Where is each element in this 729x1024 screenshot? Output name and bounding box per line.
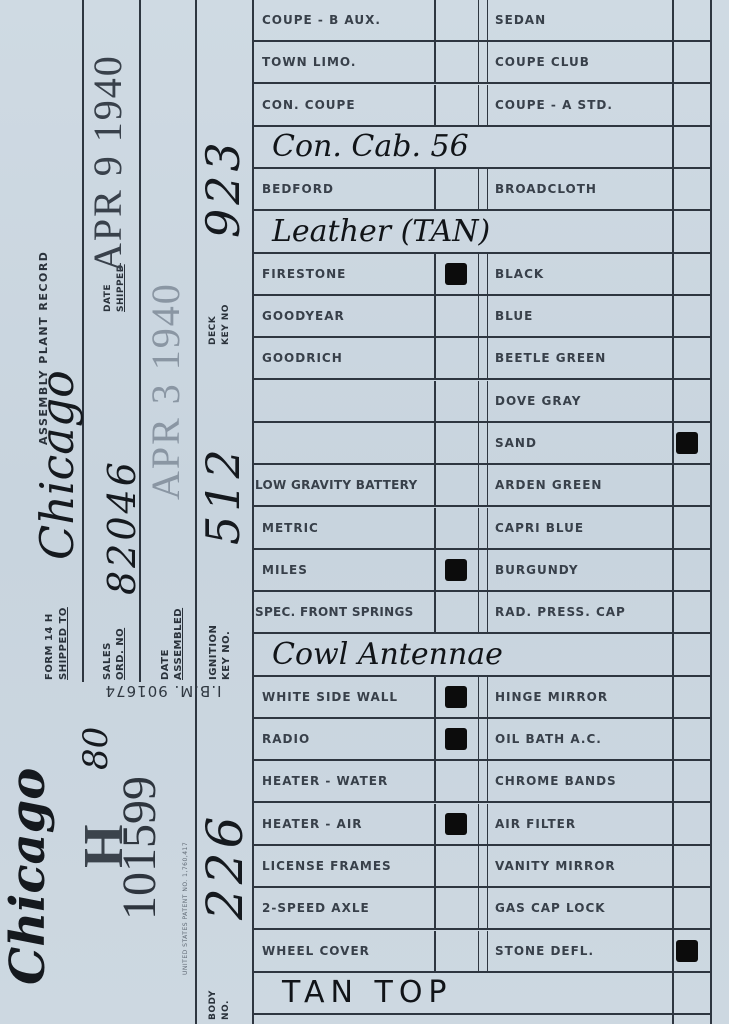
option-checkbox-right[interactable] (674, 42, 710, 82)
check-mark-icon (676, 432, 698, 454)
option-label-left: GOODYEAR (262, 296, 345, 336)
option-label-right: HINGE MIRROR (495, 677, 608, 717)
option-label-right: BROADCLOTH (495, 169, 597, 209)
option-label-right: DOVE GRAY (495, 381, 581, 421)
cell-divider (478, 804, 479, 846)
option-row: 2-SPEED AXLEGAS CAP LOCK (252, 888, 712, 930)
cell-divider (478, 888, 479, 930)
option-row: METRICCAPRI BLUE (252, 508, 712, 550)
shipped-to-value: Chicago (30, 370, 84, 560)
option-checkbox-left[interactable] (436, 381, 478, 421)
option-label-left: HEATER - WATER (262, 761, 388, 801)
date-assembled-label-1: DATE (160, 649, 171, 680)
cell-divider (478, 550, 479, 592)
body-no-label-1: BODY (208, 990, 219, 1020)
option-checkbox-left[interactable] (436, 296, 478, 336)
handwritten-row: Con. Cab. 56 (252, 127, 712, 169)
option-label-right: CHROME BANDS (495, 761, 617, 801)
option-checkbox-right[interactable] (674, 804, 710, 844)
option-label-left: MILES (262, 550, 308, 590)
cell-divider (478, 296, 479, 338)
cell-divider (487, 888, 488, 930)
option-checkbox-left[interactable] (436, 42, 478, 82)
option-label-right: CAPRI BLUE (495, 508, 584, 548)
cell-divider (478, 761, 479, 803)
option-row: SAND (252, 423, 712, 465)
option-checkbox-right[interactable] (674, 761, 710, 801)
sales-ord-label-2: ORD. NO (115, 628, 126, 680)
cell-divider (478, 423, 479, 465)
option-checkbox-right[interactable] (674, 169, 710, 209)
option-row: GOODRICHBEETLE GREEN (252, 338, 712, 380)
option-checkbox-right[interactable] (674, 846, 710, 886)
option-row: CON. COUPECOUPE - A STD. (252, 85, 712, 127)
option-checkbox-left[interactable] (436, 846, 478, 886)
option-checkbox-left[interactable] (436, 85, 478, 125)
cell-divider (487, 550, 488, 592)
cell-divider (487, 338, 488, 380)
check-mark-icon (445, 686, 467, 708)
cell-divider (478, 85, 479, 127)
option-checkbox-right[interactable] (674, 719, 710, 759)
ignition-key-value: 512 (196, 445, 250, 545)
option-checkbox-left[interactable] (436, 423, 478, 463)
option-label-left: HEATER - AIR (262, 804, 363, 844)
option-row: LOW GRAVITY BATTERYARDEN GREEN (252, 465, 712, 507)
check-mark-icon (445, 263, 467, 285)
option-label-right: BURGUNDY (495, 550, 579, 590)
cell-divider (487, 592, 488, 634)
cell-divider (478, 592, 479, 634)
option-row: HEATER - WATERCHROME BANDS (252, 761, 712, 803)
ignition-key-label-2: KEY NO. (221, 631, 232, 680)
option-label-right: SEDAN (495, 0, 546, 40)
option-label-right: BLUE (495, 296, 533, 336)
option-checkbox-right[interactable] (674, 592, 710, 632)
option-label-right: OIL BATH A.C. (495, 719, 602, 759)
serial-prefix: H (72, 824, 136, 868)
option-label-right: COUPE - A STD. (495, 85, 613, 125)
option-label-left: LOW GRAVITY BATTERY (255, 465, 418, 505)
options-grid: COUPE - B AUX.SEDANTOWN LIMO.COUPE CLUBC… (252, 0, 712, 1024)
handwritten-entry: Cowl Antennae (272, 635, 503, 675)
cell-divider (487, 254, 488, 296)
cell-divider (487, 381, 488, 423)
cell-divider (487, 931, 488, 973)
option-label-right: VANITY MIRROR (495, 846, 616, 886)
sales-ord-value: 82046 (100, 459, 144, 595)
handwritten-entry: Con. Cab. 56 (272, 127, 469, 167)
option-checkbox-left[interactable] (436, 592, 478, 632)
cell-divider (487, 508, 488, 550)
option-row: MILESBURGUNDY (252, 550, 712, 592)
option-label-left: LICENSE FRAMES (262, 846, 392, 886)
option-checkbox-right[interactable] (674, 381, 710, 421)
cell-divider (487, 169, 488, 211)
option-checkbox-left[interactable] (436, 338, 478, 378)
option-row: RADIOOIL BATH A.C. (252, 719, 712, 761)
patent-text: UNITED STATES PATENT NO. 1,760,417 (182, 842, 189, 975)
option-row: TOWN LIMO.COUPE CLUB (252, 42, 712, 84)
check-mark-icon (445, 559, 467, 581)
handwritten-row: TAN TOP (252, 973, 712, 1015)
option-checkbox-left[interactable] (436, 888, 478, 928)
cell-divider (478, 465, 479, 507)
option-label-right: RAD. PRESS. CAP (495, 592, 626, 632)
option-label-right: BLACK (495, 254, 544, 294)
option-checkbox-right[interactable] (674, 508, 710, 548)
ignition-key-label-1: IGNITION (208, 625, 219, 680)
option-label-left: BEDFORD (262, 169, 334, 209)
option-checkbox-left[interactable] (436, 761, 478, 801)
option-row: WHEEL COVERSTONE DEFL. (252, 931, 712, 973)
sales-ord-label-1: SALES (102, 642, 113, 680)
option-label-right: ARDEN GREEN (495, 465, 602, 505)
cell-divider (487, 423, 488, 465)
cell-divider (487, 465, 488, 507)
check-mark-icon (445, 728, 467, 750)
option-checkbox-right[interactable] (674, 465, 710, 505)
cell-divider (478, 169, 479, 211)
option-label-right: GAS CAP LOCK (495, 888, 606, 928)
option-checkbox-right[interactable] (674, 296, 710, 336)
option-label-left: GOODRICH (262, 338, 343, 378)
date-shipped-value: APR 9 1940 (84, 54, 131, 272)
option-row: HEATER - AIRAIR FILTER (252, 804, 712, 846)
option-label-left: FIRESTONE (262, 254, 346, 294)
option-checkbox-left[interactable] (436, 508, 478, 548)
cell-divider (478, 254, 479, 296)
option-label-right: BEETLE GREEN (495, 338, 606, 378)
cell-divider (478, 508, 479, 550)
date-assembled-label-2: ASSEMBLED (173, 608, 184, 680)
serial-suffix: 80 (76, 727, 116, 770)
option-label-left: METRIC (262, 508, 319, 548)
body-no-value: 226 (196, 813, 254, 920)
cell-divider (487, 804, 488, 846)
check-mark-icon (445, 813, 467, 835)
cell-divider (487, 846, 488, 888)
deck-key-label-1: DECK (208, 316, 219, 345)
option-label-left: 2-SPEED AXLE (262, 888, 370, 928)
cell-divider (487, 719, 488, 761)
deck-key-label-2: KEY NO (221, 304, 232, 345)
handwritten-entry: Leather (TAN) (272, 212, 490, 252)
cell-divider (478, 677, 479, 719)
option-label-right: COUPE CLUB (495, 42, 590, 82)
cell-divider (478, 42, 479, 84)
option-row: BEDFORDBROADCLOTH (252, 169, 712, 211)
option-label-left: CON. COUPE (262, 85, 356, 125)
option-label-left: RADIO (262, 719, 310, 759)
option-row: SPEC. FRONT SPRINGSRAD. PRESS. CAP (252, 592, 712, 634)
form-label: FORM 14 H (44, 613, 55, 680)
option-checkbox-right[interactable] (674, 85, 710, 125)
ibm-number: I.B.M. 901674 (88, 682, 238, 700)
option-checkbox-right[interactable] (674, 0, 710, 40)
shipped-to-label: SHIPPED TO (58, 607, 69, 680)
option-checkbox-left[interactable] (436, 465, 478, 505)
cell-divider (487, 42, 488, 84)
option-checkbox-right[interactable] (674, 338, 710, 378)
option-checkbox-right[interactable] (674, 677, 710, 717)
cell-divider (487, 296, 488, 338)
cell-divider (487, 0, 488, 42)
option-row: DOVE GRAY (252, 381, 712, 423)
handwritten-row: Leather (TAN) (252, 212, 712, 254)
deck-key-value: 923 (196, 138, 250, 238)
cell-divider (478, 381, 479, 423)
cell-divider (487, 677, 488, 719)
plant-handwritten: Chicago (0, 768, 56, 985)
cell-divider (478, 931, 479, 973)
handwritten-entry: TAN TOP (282, 973, 453, 1013)
option-checkbox-right[interactable] (674, 254, 710, 294)
option-checkbox-left[interactable] (436, 931, 478, 971)
assembly-plant-record-card: ASSEMBLY PLANT RECORD FORM 14 H SHIPPED … (0, 0, 729, 1024)
option-row: COUPE - B AUX.SEDAN (252, 0, 712, 42)
date-assembled-value: APR 3 1940 (142, 282, 189, 500)
option-row: LICENSE FRAMESVANITY MIRROR (252, 846, 712, 888)
option-label-left: COUPE - B AUX. (262, 0, 381, 40)
handwritten-row: Cowl Antennae (252, 635, 712, 677)
cell-divider (478, 719, 479, 761)
option-label-left: WHEEL COVER (262, 931, 370, 971)
cell-divider (478, 0, 479, 42)
cell-divider (478, 338, 479, 380)
option-row: FIRESTONEBLACK (252, 254, 712, 296)
option-checkbox-right[interactable] (674, 888, 710, 928)
option-checkbox-left[interactable] (436, 0, 478, 40)
cell-divider (487, 761, 488, 803)
option-row: GOODYEARBLUE (252, 296, 712, 338)
option-label-left: SPEC. FRONT SPRINGS (255, 592, 414, 632)
date-shipped-label-1: DATE (103, 284, 114, 312)
option-label-right: AIR FILTER (495, 804, 576, 844)
option-checkbox-left[interactable] (436, 169, 478, 209)
option-checkbox-right[interactable] (674, 550, 710, 590)
option-label-right: SAND (495, 423, 537, 463)
body-no-label-2: NO. (221, 1000, 232, 1020)
check-mark-icon (676, 940, 698, 962)
option-row: WHITE SIDE WALLHINGE MIRROR (252, 677, 712, 719)
cell-divider (487, 85, 488, 127)
option-label-left: WHITE SIDE WALL (262, 677, 398, 717)
option-label-left: TOWN LIMO. (262, 42, 356, 82)
option-label-right: STONE DEFL. (495, 931, 594, 971)
cell-divider (478, 846, 479, 888)
